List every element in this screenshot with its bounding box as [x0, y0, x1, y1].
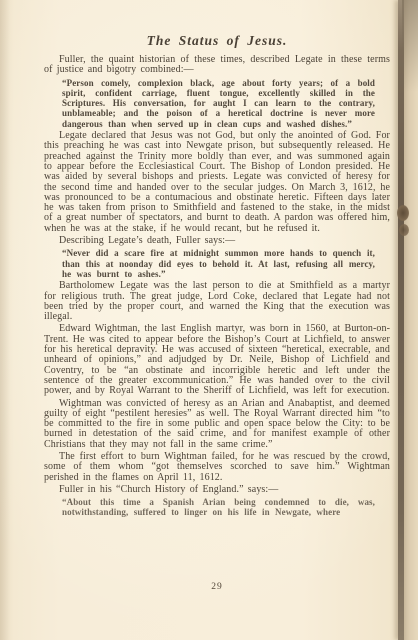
page-number: 29 [44, 582, 390, 592]
block-quote-scare-fire: “Never did a scare fire at midnight summ… [62, 248, 375, 279]
page-content: The Status of Jesus. Fuller, the quaint … [44, 33, 390, 518]
paragraph-bartholomew: Bartholomew Legate was the last person t… [44, 281, 390, 322]
scanned-book-page: The Status of Jesus. Fuller, the quaint … [0, 0, 418, 640]
page-edge-stain [397, 205, 409, 221]
page-title: The Status of Jesus. [44, 33, 390, 49]
paragraph-describing-death: Describing Legate’s death, Fuller says:— [44, 236, 390, 246]
block-quote-spanish-arian: “About this time a Spanish Arian being c… [62, 497, 375, 518]
page-left-shading [0, 0, 10, 640]
page-right-edge-shadow [398, 0, 404, 640]
page-top-right-corner-shading [402, 0, 418, 92]
paragraph-wightman-convicted: Wightman was convicted of heresy as an A… [44, 399, 390, 450]
paragraph-first-effort: The first effort to burn Wightman failed… [44, 452, 390, 483]
page-right-outer-edge [404, 0, 418, 640]
paragraph-legate-declared: Legate declared that Jesus was not God, … [44, 131, 390, 234]
paragraph-fuller-intro: Fuller, the quaint historian of these ti… [44, 55, 390, 76]
paragraph-edward-wightman: Edward Wightman, the last English martyr… [44, 324, 390, 396]
page-edge-stain [399, 224, 409, 236]
block-quote-person-comely: “Person comely, complexion black, age ab… [62, 78, 375, 129]
paragraph-church-history: Fuller in his “Church History of England… [44, 485, 390, 495]
